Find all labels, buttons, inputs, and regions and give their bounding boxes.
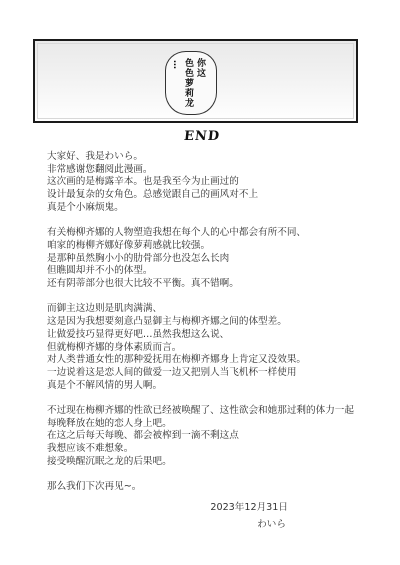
text-line: 大家好、我是わいら。: [47, 151, 377, 164]
text-line: 是那种虽然胸小小的肋骨部分也没怎么长肉: [47, 253, 377, 266]
paragraph-5: 那么我们下次再见~。: [47, 481, 377, 494]
text-line: 那么我们下次再见~。: [47, 481, 377, 494]
text-line: 每晚释放在她的恋人身上吧。: [47, 418, 377, 431]
text-line: 对人类普通女性的那种爱抚用在梅柳齐娜身上肯定又没效果。: [47, 354, 377, 367]
text-line: 接受唤醒沉眠之龙的后果吧。: [47, 456, 377, 469]
text-line: 咱家的梅柳齐娜好像萝莉感就比较强。: [47, 240, 377, 253]
text-line: 而御主这边则是肌肉满满、: [47, 303, 377, 316]
text-line: 不过现在梅柳齐娜的性欲已经被唤醒了、这性欲会和她那过剩的体力一起: [47, 405, 377, 418]
text-line: 真是个不解风情的男人啊。: [47, 380, 377, 393]
text-line: 设计最复杂的女角色。总感觉跟自己的画风对不上: [47, 189, 377, 202]
paragraph-2: 有关梅柳齐娜的人物塑造我想在每个人的心中都会有所不同、 咱家的梅柳齐娜好像萝莉感…: [47, 227, 377, 291]
text-line: 但就梅柳齐娜的身体素质而言。: [47, 342, 377, 355]
text-line: 有关梅柳齐娜的人物塑造我想在每个人的心中都会有所不同、: [47, 227, 377, 240]
bubble-ellipsis: …: [171, 60, 181, 70]
signature-author: わいら: [210, 516, 288, 533]
text-line: 这次画的是梅露辛本。也是我至今为止画过的: [47, 176, 377, 189]
text-line: 我想应该不难想象。: [47, 443, 377, 456]
text-line: 但瞧圆却并不小的体型。: [47, 265, 377, 278]
signature: 2023年12月31日 わいら: [210, 499, 288, 533]
paragraph-4: 不过现在梅柳齐娜的性欲已经被唤醒了、这性欲会和她那过剩的体力一起 每晚释放在她的…: [47, 405, 377, 469]
text-line: 在这之后每天每晚、都会被榨到一滴不剩这点: [47, 430, 377, 443]
paragraph-3: 而御主这边则是肌肉满满、 这是因为我想要刻意凸显御主与梅柳齐娜之间的体型差。 让…: [47, 303, 377, 392]
end-title: END: [183, 129, 221, 144]
text-line: 让做爱技巧显得更好吧…虽然我想这么说、: [47, 329, 377, 342]
text-line: 这是因为我想要刻意凸显御主与梅柳齐娜之间的体型差。: [47, 316, 377, 329]
text-line: 还有阴蒂部分也很大比较不平衡。真不错啊。: [47, 278, 377, 291]
paragraph-1: 大家好、我是わいら。 非常感谢您翻阅此漫画。 这次画的是梅露辛本。也是我至今为止…: [47, 151, 377, 215]
text-line: 非常感谢您翻阅此漫画。: [47, 164, 377, 177]
signature-date: 2023年12月31日: [210, 499, 288, 516]
comic-panel: 你这 色色萝莉龙 …: [33, 39, 358, 123]
text-line: 一边说着这是恋人间的做爱一边又把别人当飞机杯一样使用: [47, 367, 377, 380]
afterword-text: 大家好、我是わいら。 非常感谢您翻阅此漫画。 这次画的是梅露辛本。也是我至今为止…: [47, 151, 377, 507]
speech-bubble: 你这 色色萝莉龙 …: [165, 51, 217, 115]
text-line: 真是个小麻烦鬼。: [47, 202, 377, 215]
bubble-text-line: 色色萝莉龙: [183, 58, 193, 108]
bubble-text-line: 你这: [195, 58, 205, 78]
